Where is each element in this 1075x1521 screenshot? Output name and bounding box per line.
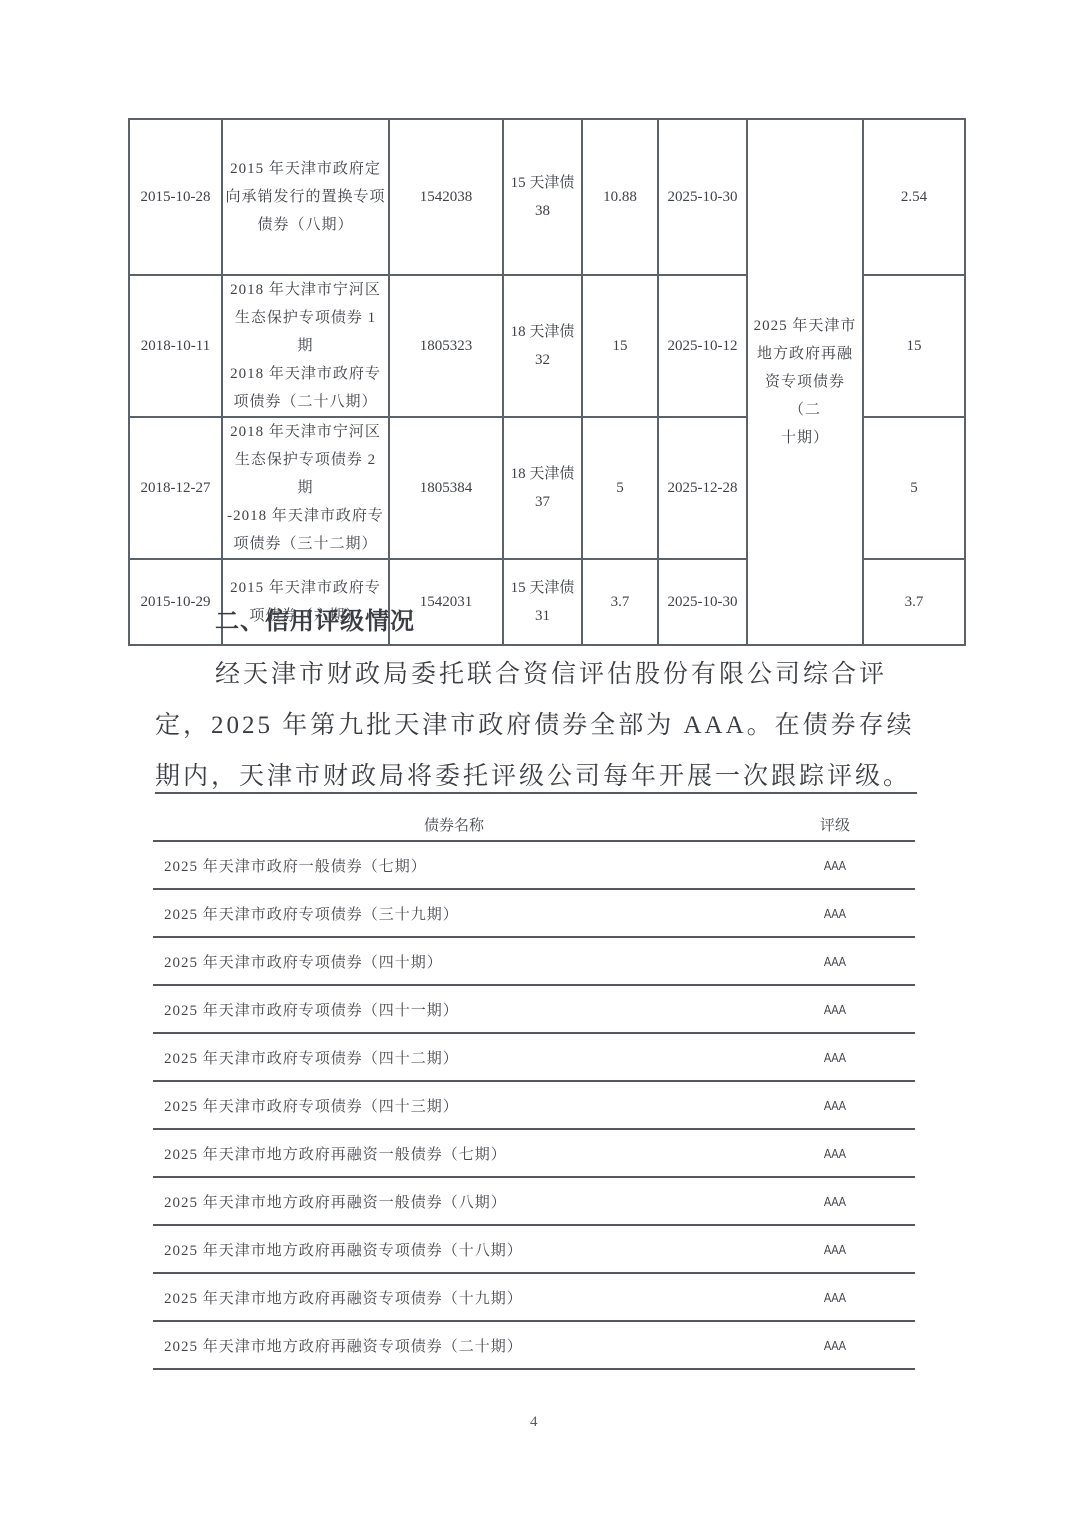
refinance-bond-line: 2025 年天津市 [750,312,860,340]
short-name-line: 32 [506,346,579,374]
refinance-bond-line: 十期） [750,424,860,452]
table-row: 2025 年天津市政府专项债券（四十二期）AAA [153,1033,915,1081]
credit-rating-table: 债券名称 评级 2025 年天津市政府一般债券（七期）AAA 2025 年天津市… [153,808,915,1370]
refinance-bond-line: 资专项债券（二 [750,368,860,424]
bond-name: 2025 年天津市政府专项债券（四十期） [153,937,755,985]
rating-value: AAA [767,1321,903,1369]
amount-cell: 3.7 [582,559,658,645]
bond-code-cell: 1805323 [389,275,503,417]
header-bond-name: 债券名称 [153,808,755,841]
bond-name: 2025 年天津市政府专项债券（四十三期） [153,1081,755,1129]
bond-name: 2025 年天津市地方政府再融资专项债券（二十期） [153,1321,755,1369]
rating-value: AAA [767,1081,903,1129]
bond-name-line: 生态保护专项债券 1 期 [225,304,386,360]
short-name-cell: 18 天津债 32 [503,275,582,417]
refinance-amount-cell: 3.7 [863,559,965,645]
bond-name: 2025 年天津市政府一般债券（七期） [153,841,755,889]
bond-name-cell: 2018 年天津市宁河区 生态保护专项债券 2 期 -2018 年天津市政府专 … [222,417,389,559]
bond-code-cell: 1542038 [389,119,503,275]
table-header-row: 债券名称 评级 [153,808,915,841]
bond-name-line: 项债券（三十二期） [225,530,386,558]
section-heading: 二、信用评级情况 [215,601,415,636]
bond-name-cell: 2018 年大津市宁河区 生态保护专项债券 1 期 2018 年天津市政府专 项… [222,275,389,417]
bond-name-line: 债券（八期） [225,211,386,239]
issue-date-cell: 2018-10-11 [129,275,222,417]
short-name-cell: 18 天津债 37 [503,417,582,559]
table-row: 2015-10-28 2015 年天津市政府定 向承销发行的置换专项 债券（八期… [129,119,965,275]
bond-name-line: 生态保护专项债券 2 期 [225,446,386,502]
bond-name: 2025 年天津市政府专项债券（四十一期） [153,985,755,1033]
rating-value: AAA [767,1225,903,1273]
amount-cell: 15 [582,275,658,417]
short-name-line: 38 [506,197,579,225]
short-name-cell: 15 天津债 38 [503,119,582,275]
bond-name: 2025 年天津市地方政府再融资一般债券（七期） [153,1129,755,1177]
paragraph-line: 期内，天津市财政局将委托评级公司每年开展一次跟踪评级。 [155,756,925,792]
bond-name: 2025 年天津市地方政府再融资专项债券（十九期） [153,1273,755,1321]
maturity-date-cell: 2025-10-30 [658,559,747,645]
rating-value: AAA [767,841,903,889]
bond-name-line: 2018 年天津市政府专 [225,360,386,388]
rating-value: AAA [767,1177,903,1225]
rating-value: AAA [767,1129,903,1177]
refinance-amount-cell: 5 [863,417,965,559]
rating-value: AAA [767,937,903,985]
short-name-line: 37 [506,488,579,516]
bond-name: 2025 年天津市地方政府再融资一般债券（八期） [153,1177,755,1225]
bond-name-cell: 2015 年天津市政府定 向承销发行的置换专项 债券（八期） [222,119,389,275]
maturity-date-cell: 2025-10-30 [658,119,747,275]
short-name-line: 15 天津债 [506,574,579,602]
issue-date-cell: 2015-10-28 [129,119,222,275]
refinance-amount-cell: 2.54 [863,119,965,275]
issue-date-cell: 2018-12-27 [129,417,222,559]
bond-name-line: -2018 年天津市政府专 [225,502,386,530]
refinance-bond-name-cell: 2025 年天津市 地方政府再融 资专项债券（二 十期） [747,119,863,645]
table-row: 2025 年天津市政府一般债券（七期）AAA [153,841,915,889]
rating-value: AAA [767,1033,903,1081]
table-row: 2025 年天津市地方政府再融资专项债券（十八期）AAA [153,1225,915,1273]
bond-name-line: 2018 年大津市宁河区 [225,276,386,304]
short-name-line: 18 天津债 [506,460,579,488]
header-rating: 评级 [755,808,915,841]
table-row: 2025 年天津市地方政府再融资专项债券（二十期）AAA [153,1321,915,1369]
maturity-date-cell: 2025-10-12 [658,275,747,417]
table-row: 2025 年天津市政府专项债券（四十三期）AAA [153,1081,915,1129]
short-name-cell: 15 天津债 31 [503,559,582,645]
short-name-line: 31 [506,602,579,630]
rating-value: AAA [767,985,903,1033]
table-row: 2025 年天津市政府专项债券（四十期）AAA [153,937,915,985]
bond-name-line: 2018 年天津市宁河区 [225,418,386,446]
table-row: 2025 年天津市地方政府再融资一般债券（八期）AAA [153,1177,915,1225]
bond-name-line: 向承销发行的置换专项 [225,183,386,211]
short-name-line: 15 天津债 [506,169,579,197]
bond-code-cell: 1805384 [389,417,503,559]
short-name-line: 18 天津债 [506,318,579,346]
bond-name: 2025 年天津市政府专项债券（四十二期） [153,1033,755,1081]
bond-name-line: 项债券（二十八期） [225,388,386,416]
amount-cell: 10.88 [582,119,658,275]
maturity-date-cell: 2025-12-28 [658,417,747,559]
rating-value: AAA [767,889,903,937]
paragraph-line: 定，2025 年第九批天津市政府债券全部为 AAA。在债券存续 [155,705,925,741]
amount-cell: 5 [582,417,658,559]
bond-name-line: 2015 年天津市政府专 [225,574,386,602]
table-row: 2025 年天津市地方政府再融资一般债券（七期）AAA [153,1129,915,1177]
table-row: 2025 年天津市政府专项债券（四十一期）AAA [153,985,915,1033]
bond-name: 2025 年天津市地方政府再融资专项债券（十八期） [153,1225,755,1273]
rating-value: AAA [767,1273,903,1321]
page-number: 4 [530,1414,538,1431]
refinance-bond-line: 地方政府再融 [750,340,860,368]
table-row: 2025 年天津市政府专项债券（三十九期）AAA [153,889,915,937]
bond-name-line: 2015 年天津市政府定 [225,155,386,183]
issue-date-cell: 2015-10-29 [129,559,222,645]
bond-name: 2025 年天津市政府专项债券（三十九期） [153,889,755,937]
paragraph-line: 经天津市财政局委托联合资信评估股份有限公司综合评 [215,654,985,690]
refinance-amount-cell: 15 [863,275,965,417]
bond-refinance-table: 2015-10-28 2015 年天津市政府定 向承销发行的置换专项 债券（八期… [128,118,966,646]
horizontal-rule [155,792,917,794]
table-row: 2025 年天津市地方政府再融资专项债券（十九期）AAA [153,1273,915,1321]
